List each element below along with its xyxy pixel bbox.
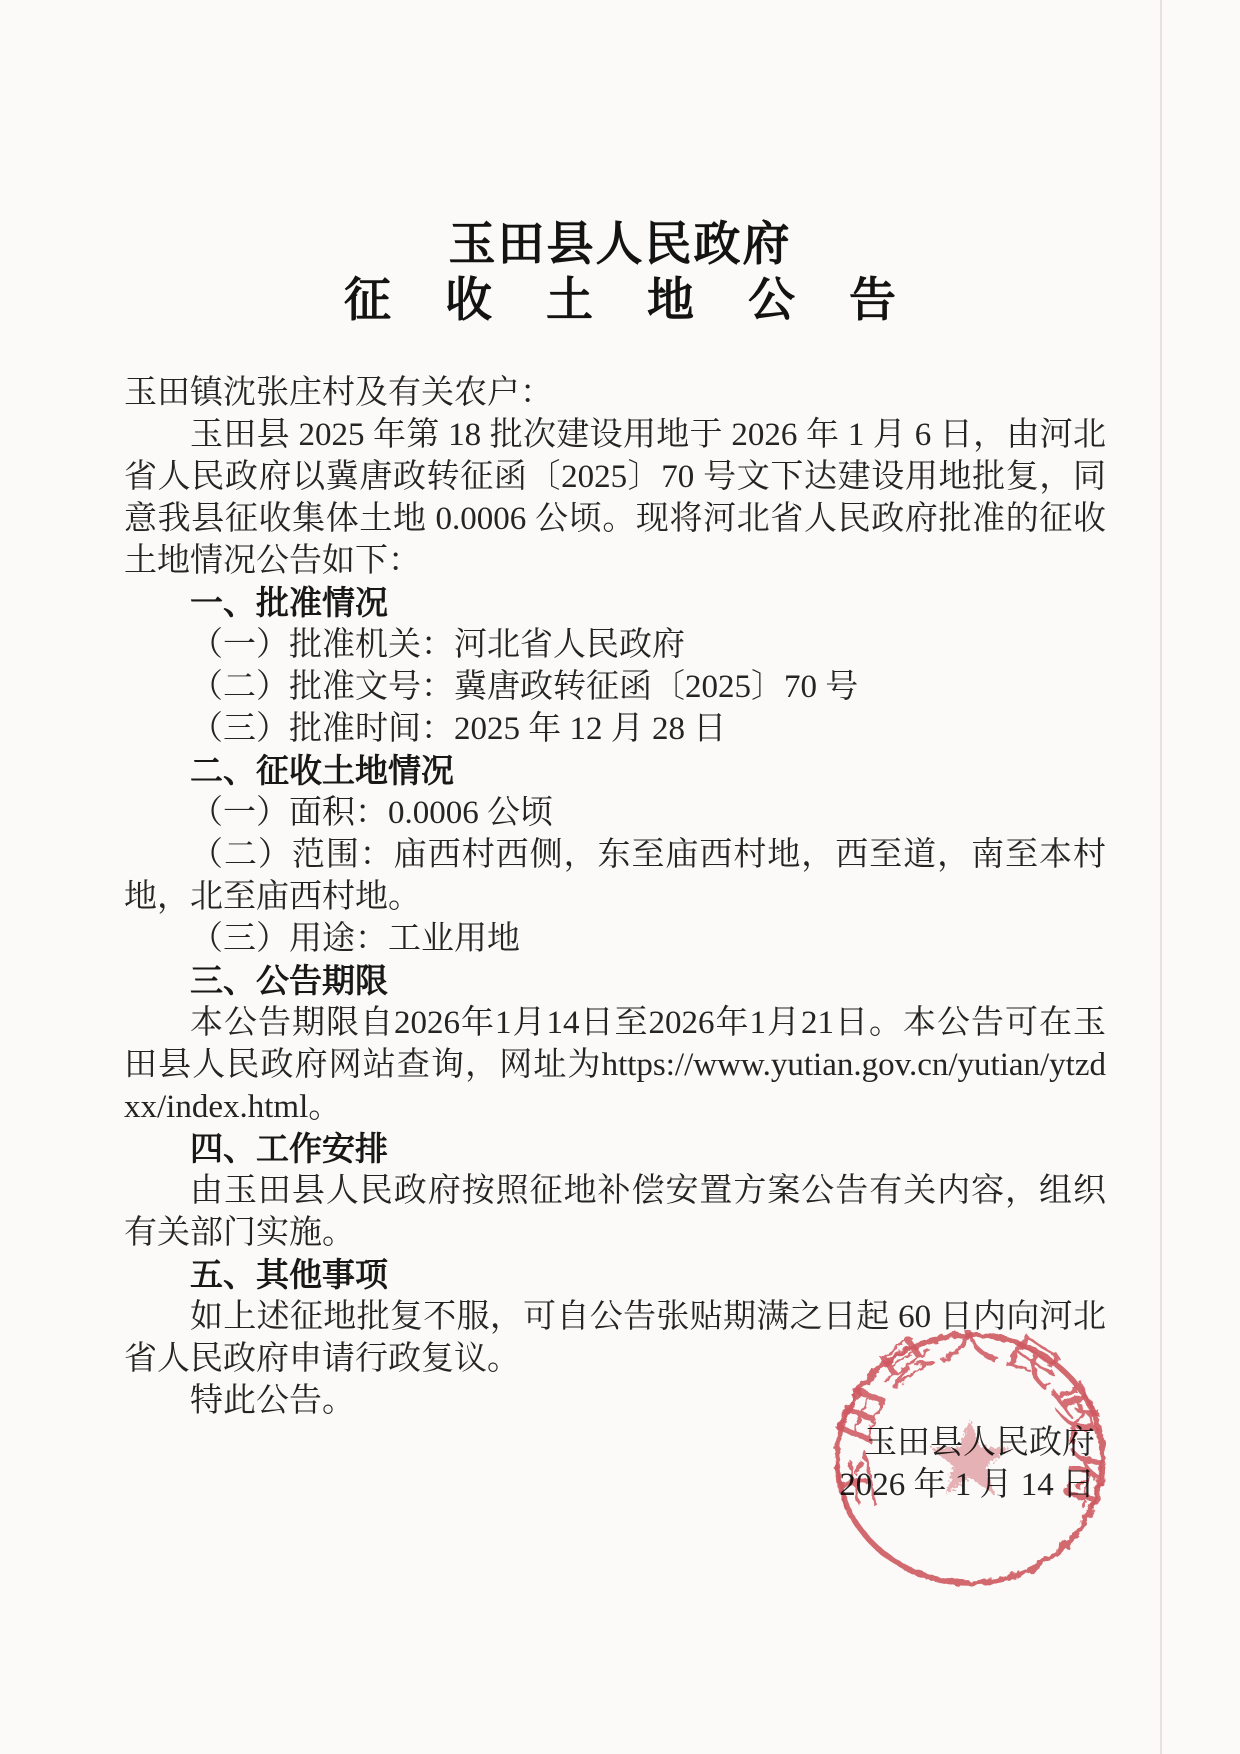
section-heading-approval: 一、批准情况: [124, 582, 1106, 624]
approval-doc-number-item: （二）批准文号：冀唐政转征函〔2025〕70 号: [124, 666, 1106, 708]
document-body: 玉田镇沈张庄村及有关农户： 玉田县 2025 年第 18 批次建设用地于 202…: [124, 372, 1106, 1506]
section-heading-work: 四、工作安排: [124, 1128, 1106, 1170]
approval-authority-item: （一）批准机关：河北省人民政府: [124, 624, 1106, 666]
signature-issuer: 玉田县人民政府: [124, 1422, 1095, 1464]
work-arrangement-paragraph: 由玉田县人民政府按照征地补偿安置方案公告有关内容，组织有关部门实施。: [124, 1170, 1106, 1254]
section-heading-other: 五、其他事项: [124, 1254, 1106, 1296]
closing-line: 特此公告。: [124, 1380, 1106, 1422]
land-use-item: （三）用途：工业用地: [124, 918, 1106, 960]
intro-paragraph: 玉田县 2025 年第 18 批次建设用地于 2026 年 1 月 6 日，由河…: [124, 414, 1106, 582]
section-heading-land: 二、征收土地情况: [124, 750, 1106, 792]
salutation: 玉田镇沈张庄村及有关农户：: [124, 372, 1106, 414]
signature-block: 玉田县人民政府 2026 年 1 月 14 日: [124, 1422, 1106, 1506]
land-scope-item: （二）范围：庙西村西侧，东至庙西村地，西至道，南至本村地，北至庙西村地。: [124, 834, 1106, 918]
document-page: 玉田县人民政府 征收土地公告 玉田镇沈张庄村及有关农户： 玉田县 2025 年第…: [0, 0, 1240, 1754]
signature-date: 2026 年 1 月 14 日: [124, 1464, 1095, 1506]
issuer-title: 玉田县人民政府: [0, 216, 1240, 272]
approval-date-item: （三）批准时间：2025 年 12 月 28 日: [124, 708, 1106, 750]
document-title: 征收土地公告: [0, 272, 1240, 328]
other-matters-paragraph: 如上述征地批复不服，可自公告张贴期满之日起 60 日内向河北省人民政府申请行政复…: [124, 1296, 1106, 1380]
land-area-item: （一）面积：0.0006 公顷: [124, 792, 1106, 834]
announcement-period-paragraph: 本公告期限自2026年1月14日至2026年1月21日。本公告可在玉田县人民政府…: [124, 1002, 1106, 1128]
document-header: 玉田县人民政府 征收土地公告: [0, 216, 1240, 328]
section-heading-period: 三、公告期限: [124, 960, 1106, 1002]
